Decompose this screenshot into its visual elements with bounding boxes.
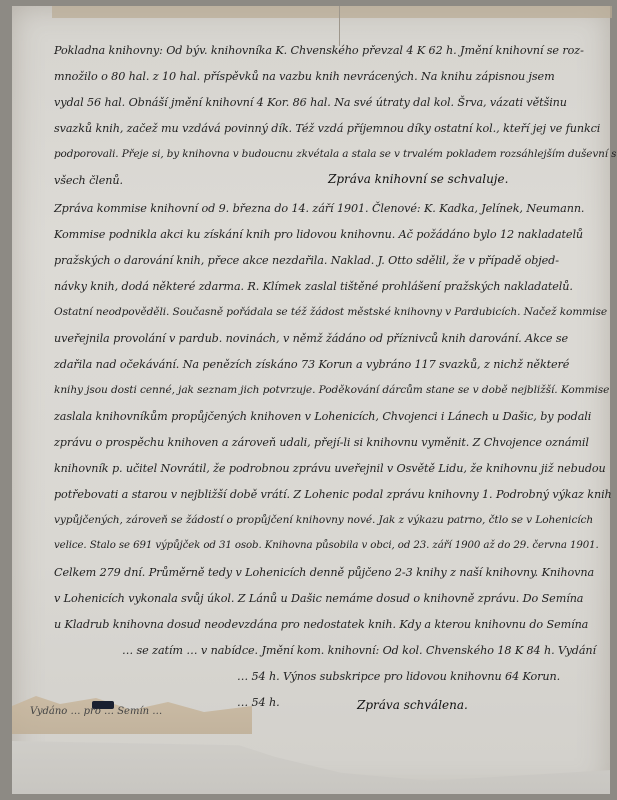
text-line: … 54 h. Výnos subskripce pro lidovou kni… xyxy=(237,670,560,683)
text-line: zprávu o prospěchu knihoven a zároveň ud… xyxy=(54,436,589,449)
text-line: vypůjčených, zároveň se žádostí o propůj… xyxy=(54,514,593,526)
approval-note: Zpráva knihovní se schvaluje. xyxy=(328,172,508,186)
text-line: množilo o 80 hal. z 10 hal. příspěvků na… xyxy=(54,70,555,83)
text-line: knihovník p. učitel Novrátil, že podrobn… xyxy=(54,462,606,475)
text-line: Pokladna knihovny: Od býv. knihovníka K.… xyxy=(54,44,584,57)
folded-bottom-edge xyxy=(12,741,610,794)
final-approval: Zpráva schválena. xyxy=(357,698,468,712)
text-line: Ostatní neodpověděli. Současně pořádala … xyxy=(54,306,607,318)
text-line: potřebovati a starou v nejbližší době vr… xyxy=(54,488,612,501)
text-line: u Kladrub knihovna dosud neodevzdána pro… xyxy=(54,618,588,631)
text-line: pražských o darování knih, přece akce ne… xyxy=(54,254,559,267)
text-line: zdařila nad očekávání. Na penězích získá… xyxy=(54,358,569,371)
text-line: všech členů. xyxy=(54,174,123,187)
text-line: uveřejnila provolání v pardub. novinách,… xyxy=(54,332,568,345)
text-line: zaslala knihovníkům propůjčených knihove… xyxy=(54,410,591,423)
text-line: … 54 h. xyxy=(237,696,280,709)
text-line: Kommise podnikla akci ku získání knih pr… xyxy=(54,228,583,241)
text-line: vydal 56 hal. Obnáší jmění knihovní 4 Ko… xyxy=(54,96,567,109)
paper-fold xyxy=(339,6,340,46)
text-line: Celkem 279 dní. Průměrně tedy v Lohenicí… xyxy=(54,566,594,579)
text-line: velice. Stalo se 691 výpůjček od 31 osob… xyxy=(54,540,599,551)
text-line: … se zatím … v nabídce. Jmění kom. kniho… xyxy=(122,644,596,657)
text-line: podporovali. Přeje si, by knihovna v bud… xyxy=(54,148,617,160)
tape-strip xyxy=(52,6,612,18)
text-line: v Lohenicích vykonala svůj úkol. Z Lánů … xyxy=(54,592,583,605)
text-line: knihy jsou dosti cenné, jak seznam jich … xyxy=(54,384,609,396)
text-line: svazků knih, začež mu vzdává povinný dík… xyxy=(54,122,600,135)
text-line: Zpráva kommise knihovní od 9. března do … xyxy=(54,202,584,215)
torn-fragment-text: Vydáno … pro … Semín … xyxy=(30,706,162,717)
text-line: návky knih, dodá některé zdarma. R. Klím… xyxy=(54,280,573,293)
document-page: Pokladna knihovny: Od býv. knihovníka K.… xyxy=(12,6,610,794)
